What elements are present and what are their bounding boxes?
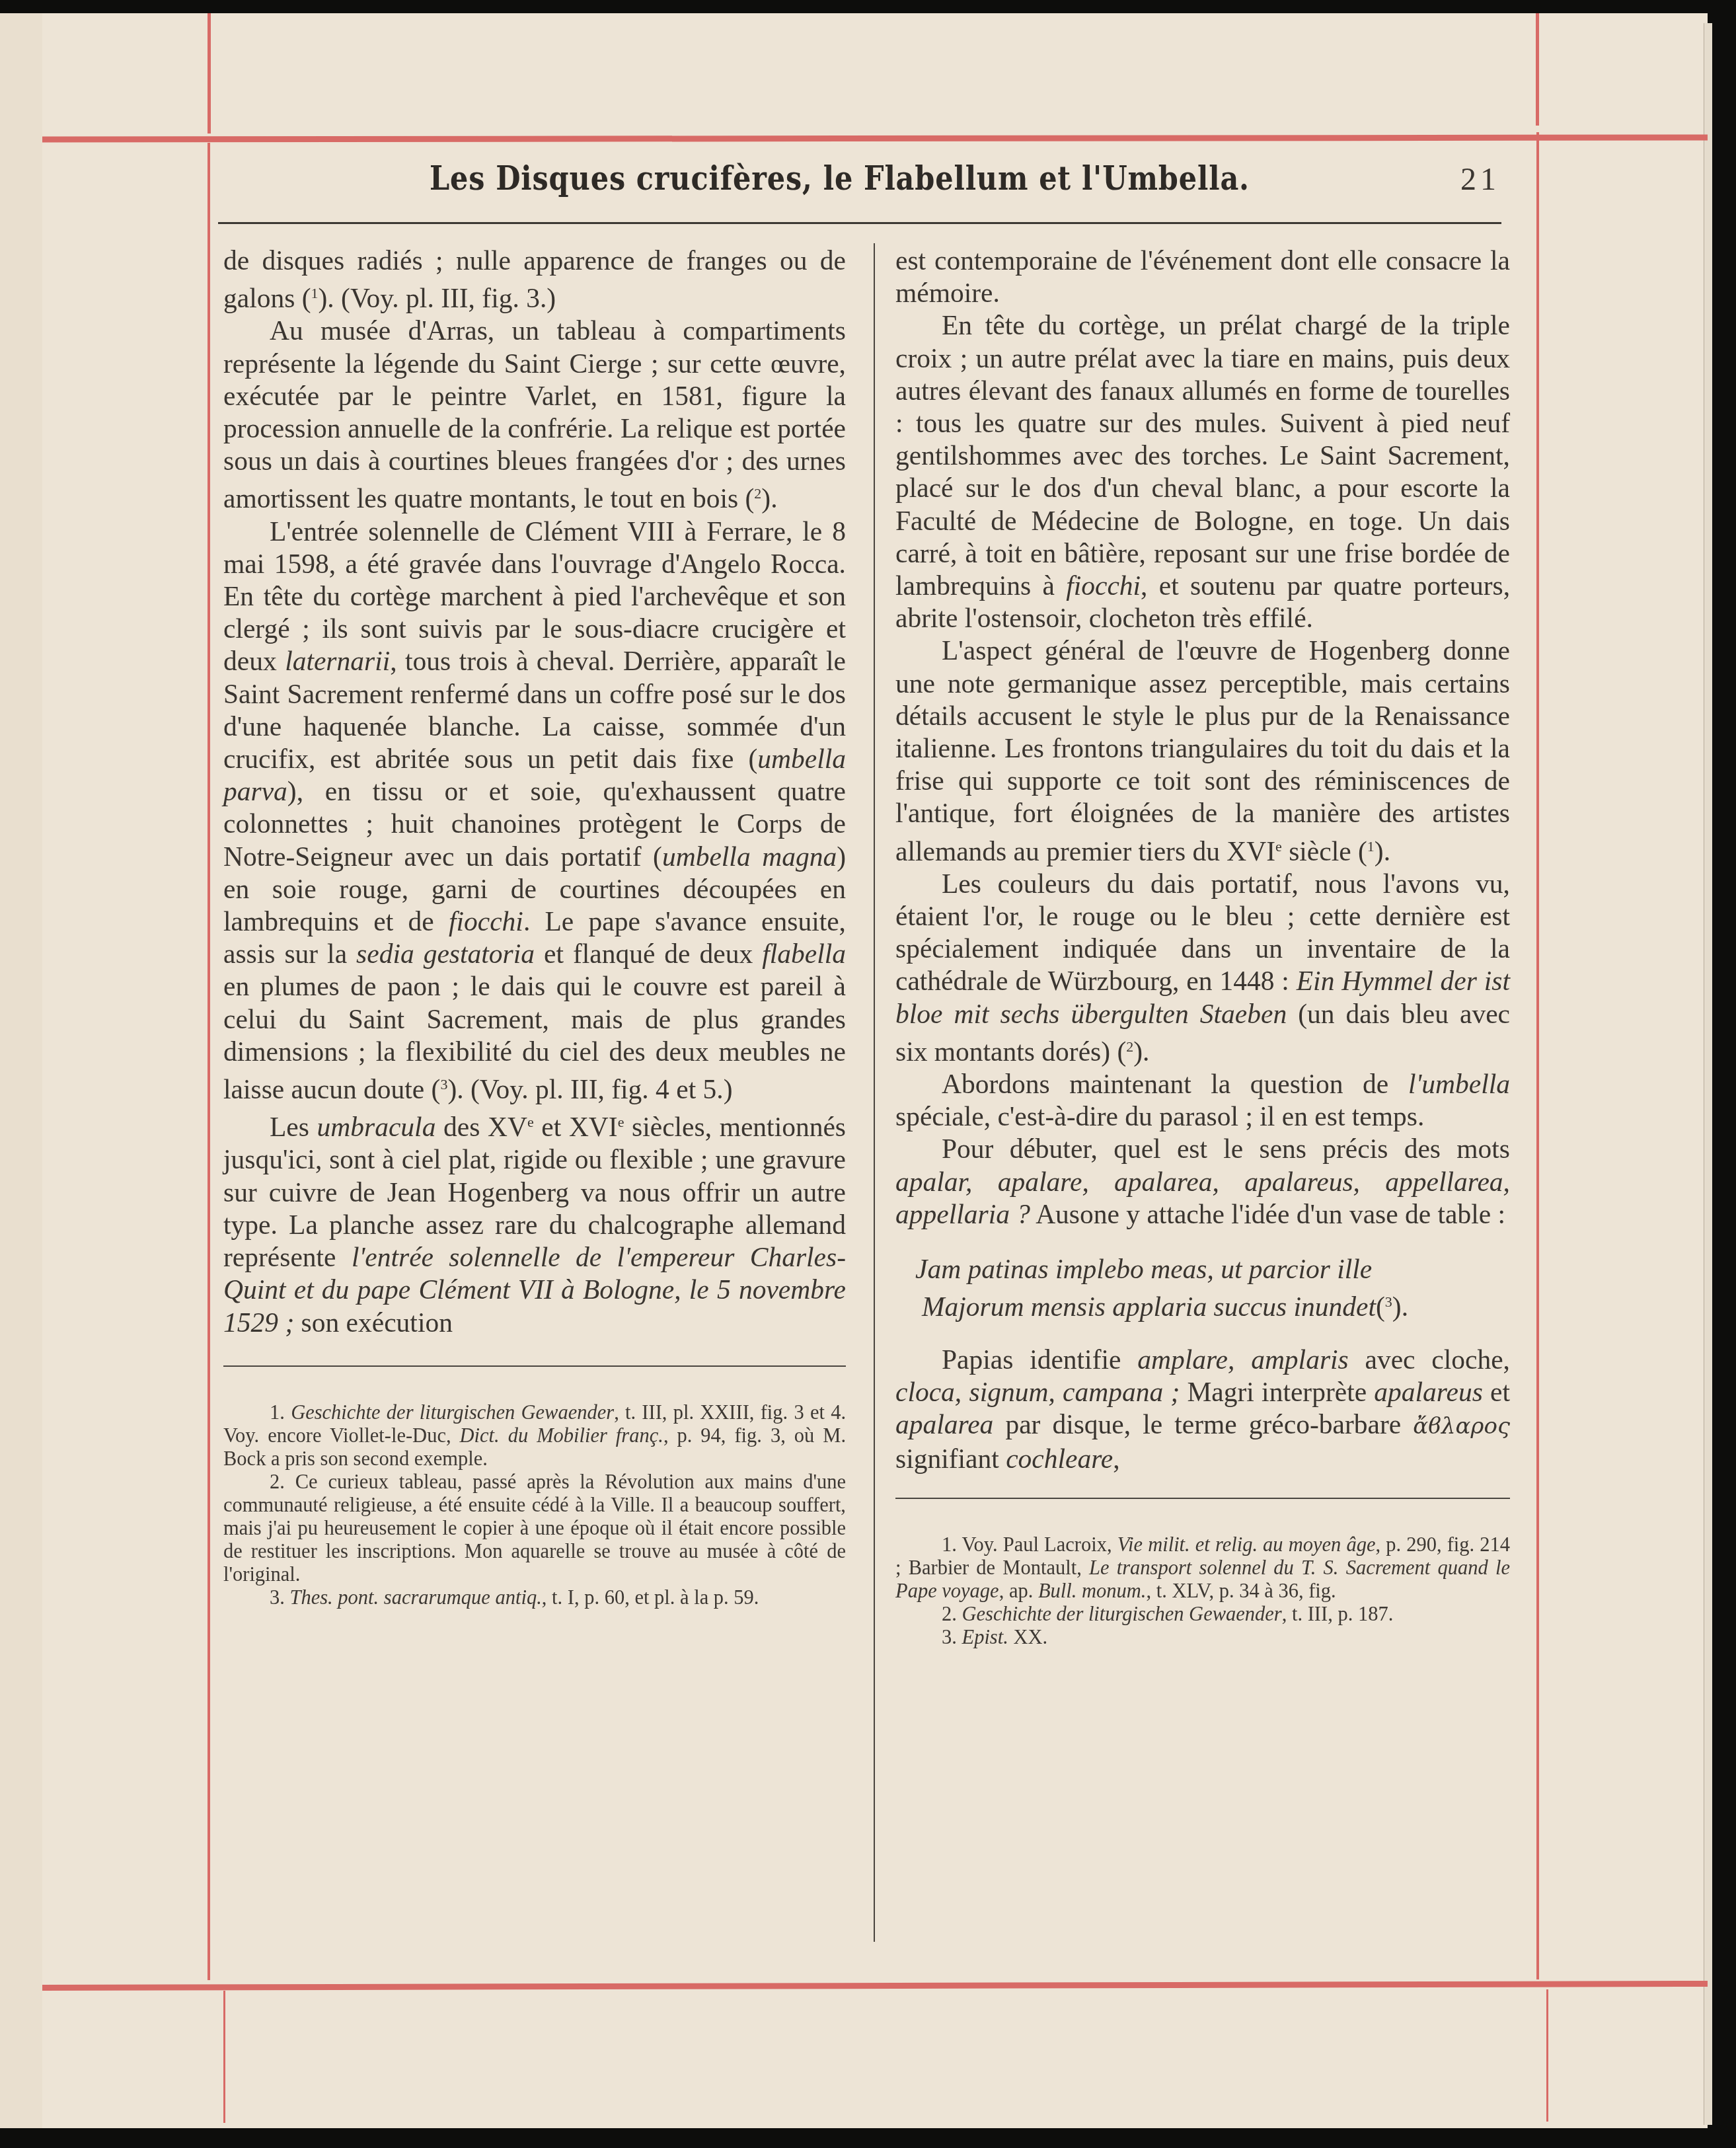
facing-page-edge (0, 13, 44, 2128)
paragraph: Les couleurs du dais portatif, nous l'av… (895, 868, 1510, 1068)
left-column: de disques radiés ; nulle apparence de f… (223, 245, 846, 1609)
footnote-3: 3. Epist. XX. (895, 1626, 1510, 1649)
footnote-3: 3. Thes. pont. sacrarumque antiq., t. I,… (223, 1586, 846, 1609)
paragraph: L'aspect général de l'œuvre de Hogenberg… (895, 634, 1510, 867)
footnote-ref[interactable]: 1 (311, 285, 319, 301)
page-fore-edge (1704, 23, 1712, 2125)
running-title: Les Disques crucifères, le Flabellum et … (430, 159, 1250, 198)
paragraph: de disques radiés ; nulle apparence de f… (223, 245, 846, 315)
footnote-ref[interactable]: 3 (1385, 1293, 1392, 1310)
footnote-2: 2. Ce curieux tableau, passé après la Ré… (223, 1471, 846, 1586)
footnote-ref[interactable]: 2 (754, 485, 761, 502)
page-number: 21 (1460, 161, 1500, 198)
footnote-rule (895, 1498, 1510, 1499)
paragraph: Les umbracula des XVe et XVIe siècles, m… (223, 1106, 846, 1338)
red-rule-right-upper (1536, 13, 1539, 126)
footnote-1: 1. Voy. Paul Lacroix, Vie milit. et reli… (895, 1533, 1510, 1603)
footnote-1: 1. Geschichte der liturgischen Gewaender… (223, 1401, 846, 1471)
footnote-ref[interactable]: 2 (1126, 1038, 1133, 1055)
paragraph: Abordons maintenant la question de l'umb… (895, 1068, 1510, 1133)
footnote-ref[interactable]: 1 (1367, 838, 1375, 855)
paragraph: Au musée d'Arras, un tableau à compartim… (223, 315, 846, 515)
red-rule-left-lower (223, 1991, 225, 2123)
paragraph: Pour débuter, quel est le sens précis de… (895, 1133, 1510, 1231)
red-rule-right (1536, 132, 1539, 1979)
red-rule-left-upper (208, 13, 211, 134)
footnote-ref[interactable]: 3 (440, 1076, 447, 1093)
running-head: Les Disques crucifères, le Flabellum et … (264, 159, 1507, 211)
footnote-2: 2. Geschichte der liturgischen Gewaender… (895, 1603, 1510, 1626)
paragraph: En tête du cortège, un prélat chargé de … (895, 309, 1510, 634)
column-divider (874, 243, 875, 1942)
paragraph: L'entrée solennelle de Clément VIII à Fe… (223, 516, 846, 1106)
header-rule (218, 222, 1501, 224)
verse-line-2: Majorum mensis applaria succus inundet(3… (915, 1285, 1510, 1323)
verse-quotation: Jam patinas implebo meas, ut parcior ill… (915, 1253, 1510, 1323)
red-rule-right-lower (1546, 1989, 1548, 2122)
paragraph: Papias identifie amplare, amplaris avec … (895, 1344, 1510, 1476)
footnote-rule (223, 1365, 846, 1367)
right-column: est contemporaine de l'événement dont el… (895, 245, 1510, 1649)
greek-word: ἄϐλαρος (1413, 1413, 1510, 1439)
verse-line-1: Jam patinas implebo meas, ut parcior ill… (915, 1253, 1510, 1285)
paragraph: est contemporaine de l'événement dont el… (895, 245, 1510, 309)
footnotes: 1. Voy. Paul Lacroix, Vie milit. et reli… (895, 1533, 1510, 1649)
footnotes: 1. Geschichte der liturgischen Gewaender… (223, 1401, 846, 1609)
red-rule-left (208, 143, 210, 1980)
